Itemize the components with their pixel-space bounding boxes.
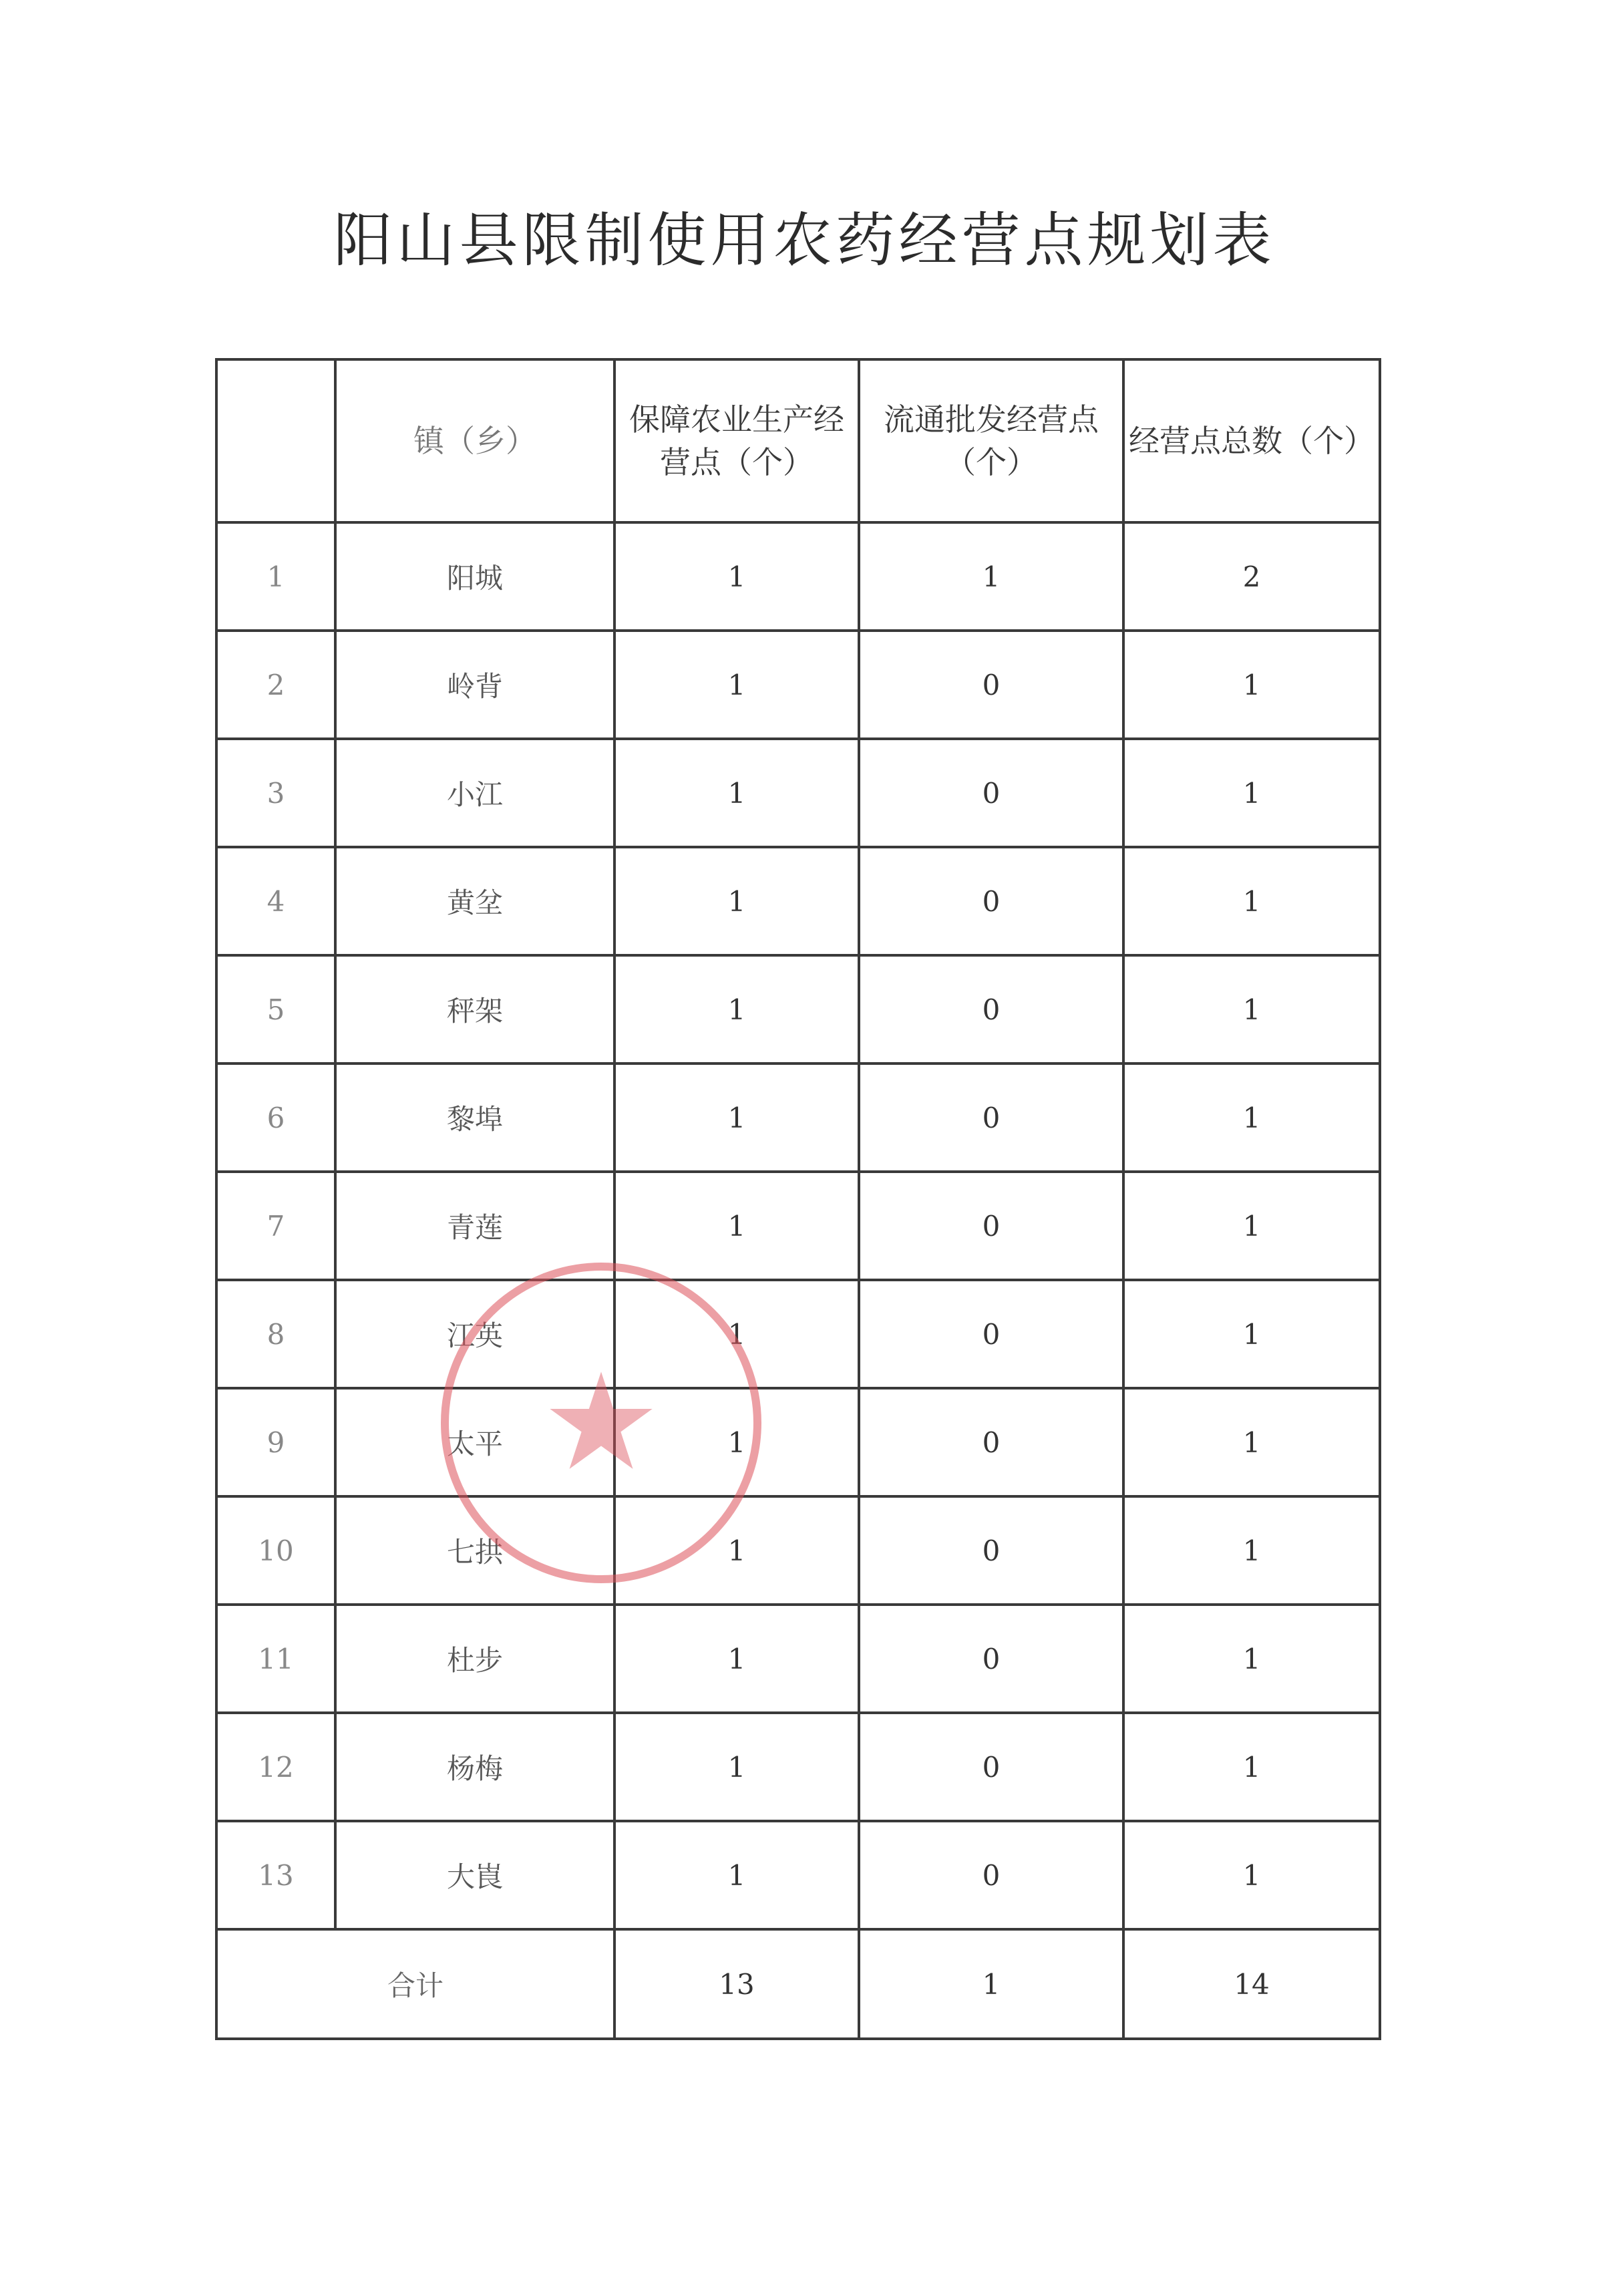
table-row: 7青莲101: [216, 1172, 1380, 1280]
table-row: 6黎埠101: [216, 1063, 1380, 1172]
row-agri: 1: [614, 1496, 859, 1605]
row-agri: 1: [614, 631, 859, 739]
row-index: 10: [216, 1496, 335, 1605]
total-wholesale: 1: [859, 1929, 1123, 2039]
header-row: 镇（乡） 保障农业生产经营点（个） 流通批发经营点（个） 经营点总数（个）: [216, 359, 1380, 522]
row-total: 1: [1123, 955, 1380, 1063]
row-wholesale: 0: [859, 1388, 1123, 1496]
row-wholesale: 0: [859, 1172, 1123, 1280]
table-row: 3小江101: [216, 739, 1380, 847]
header-town: 镇（乡）: [335, 359, 614, 522]
total-label: 合计: [216, 1929, 614, 2039]
document-title: 阳山县限制使用农药经营点规划表: [0, 194, 1609, 278]
row-agri: 1: [614, 1821, 859, 1929]
row-town: 大崀: [335, 1821, 614, 1929]
row-town: 七拱: [335, 1496, 614, 1605]
table-row: 13大崀101: [216, 1821, 1380, 1929]
table-row: 11杜步101: [216, 1605, 1380, 1713]
row-agri: 1: [614, 1172, 859, 1280]
row-agri: 1: [614, 1063, 859, 1172]
row-total: 1: [1123, 1713, 1380, 1821]
row-agri: 1: [614, 739, 859, 847]
row-total: 2: [1123, 522, 1380, 631]
table-row: 8江英101: [216, 1280, 1380, 1388]
table-row: 9太平101: [216, 1388, 1380, 1496]
row-agri: 1: [614, 1280, 859, 1388]
total-total: 14: [1123, 1929, 1380, 2039]
row-total: 1: [1123, 1172, 1380, 1280]
row-index: 11: [216, 1605, 335, 1713]
row-town: 杨梅: [335, 1713, 614, 1821]
row-wholesale: 0: [859, 955, 1123, 1063]
row-total: 1: [1123, 1821, 1380, 1929]
row-town: 黎埠: [335, 1063, 614, 1172]
row-total: 1: [1123, 847, 1380, 955]
row-wholesale: 0: [859, 1496, 1123, 1605]
row-wholesale: 0: [859, 1821, 1123, 1929]
row-total: 1: [1123, 1605, 1380, 1713]
table-row: 10七拱101: [216, 1496, 1380, 1605]
row-town: 江英: [335, 1280, 614, 1388]
row-index: 5: [216, 955, 335, 1063]
row-town: 小江: [335, 739, 614, 847]
row-index: 2: [216, 631, 335, 739]
header-index: [216, 359, 335, 522]
row-town: 太平: [335, 1388, 614, 1496]
row-wholesale: 1: [859, 522, 1123, 631]
header-total-points: 经营点总数（个）: [1123, 359, 1380, 522]
row-wholesale: 0: [859, 1713, 1123, 1821]
row-town: 青莲: [335, 1172, 614, 1280]
total-agri: 13: [614, 1929, 859, 2039]
row-total: 1: [1123, 739, 1380, 847]
row-index: 4: [216, 847, 335, 955]
row-index: 9: [216, 1388, 335, 1496]
row-wholesale: 0: [859, 847, 1123, 955]
row-agri: 1: [614, 522, 859, 631]
table-row: 12杨梅101: [216, 1713, 1380, 1821]
row-town: 黄坌: [335, 847, 614, 955]
row-index: 8: [216, 1280, 335, 1388]
row-agri: 1: [614, 1388, 859, 1496]
row-town: 岭背: [335, 631, 614, 739]
planning-table: 镇（乡） 保障农业生产经营点（个） 流通批发经营点（个） 经营点总数（个） 1阳…: [215, 358, 1381, 2040]
row-total: 1: [1123, 631, 1380, 739]
row-index: 7: [216, 1172, 335, 1280]
row-agri: 1: [614, 1713, 859, 1821]
row-index: 3: [216, 739, 335, 847]
row-wholesale: 0: [859, 631, 1123, 739]
row-index: 13: [216, 1821, 335, 1929]
row-wholesale: 0: [859, 1063, 1123, 1172]
row-index: 12: [216, 1713, 335, 1821]
row-index: 6: [216, 1063, 335, 1172]
row-agri: 1: [614, 955, 859, 1063]
table-row: 5秤架101: [216, 955, 1380, 1063]
row-total: 1: [1123, 1063, 1380, 1172]
table-row: 4黄坌101: [216, 847, 1380, 955]
header-agri-points: 保障农业生产经营点（个）: [614, 359, 859, 522]
table-row: 1阳城112: [216, 522, 1380, 631]
row-total: 1: [1123, 1496, 1380, 1605]
row-total: 1: [1123, 1388, 1380, 1496]
row-town: 杜步: [335, 1605, 614, 1713]
header-wholesale-points: 流通批发经营点（个）: [859, 359, 1123, 522]
row-agri: 1: [614, 1605, 859, 1713]
row-town: 阳城: [335, 522, 614, 631]
row-town: 秤架: [335, 955, 614, 1063]
total-row: 合计 13 1 14: [216, 1929, 1380, 2039]
row-wholesale: 0: [859, 1605, 1123, 1713]
row-agri: 1: [614, 847, 859, 955]
row-wholesale: 0: [859, 739, 1123, 847]
row-total: 1: [1123, 1280, 1380, 1388]
table-row: 2岭背101: [216, 631, 1380, 739]
row-wholesale: 0: [859, 1280, 1123, 1388]
row-index: 1: [216, 522, 335, 631]
